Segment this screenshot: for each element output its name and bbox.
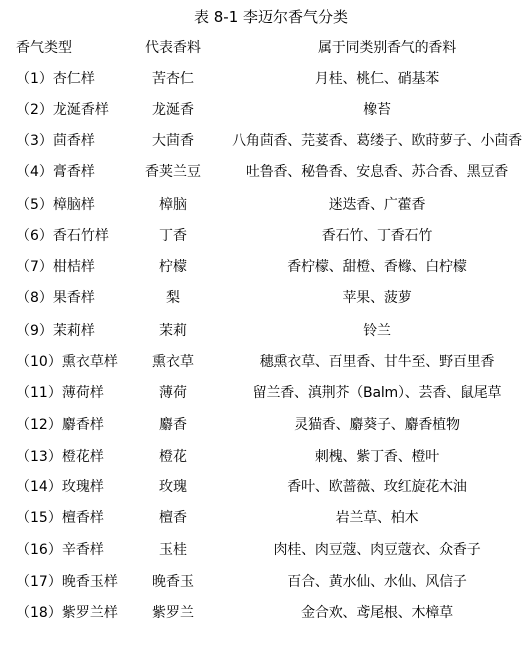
- cell-similar: 百合、黄水仙、水仙、风信子: [222, 572, 532, 592]
- cell-type: （2）龙涎香样: [16, 100, 109, 120]
- cell-type: （17）晚香玉样: [16, 572, 118, 592]
- table-row: （5）樟脑样 樟脑 迷迭香、广藿香: [0, 195, 532, 215]
- cell-type: （10）熏衣草样: [16, 352, 118, 372]
- cell-representative: 梨: [130, 288, 216, 308]
- cell-representative: 薄荷: [130, 383, 216, 403]
- table-row: （4）膏香样 香荚兰豆 吐鲁香、秘鲁香、安息香、苏合香、黑豆香: [0, 162, 532, 182]
- table-title: 表 8-1 李迈尔香气分类: [0, 6, 532, 27]
- cell-type: （11）薄荷样: [16, 383, 104, 403]
- header-representative: 代表香料: [130, 38, 216, 58]
- table-row: （14）玫瑰样 玫瑰 香叶、欧蔷薇、玫红旋花木油: [0, 477, 532, 497]
- table-row: （6）香石竹样 丁香 香石竹、丁香石竹: [0, 226, 532, 246]
- header-similar: 属于同类别香气的香料: [252, 38, 522, 58]
- cell-representative: 柠檬: [130, 257, 216, 277]
- cell-type: （16）辛香样: [16, 540, 104, 560]
- cell-type: （8）果香样: [16, 288, 95, 308]
- cell-representative: 晚香玉: [130, 572, 216, 592]
- table-row: （17）晚香玉样 晚香玉 百合、黄水仙、水仙、风信子: [0, 572, 532, 592]
- cell-representative: 玉桂: [130, 540, 216, 560]
- cell-type: （3）茴香样: [16, 131, 95, 151]
- cell-representative: 麝香: [130, 415, 216, 435]
- cell-type: （9）茉莉样: [16, 321, 95, 341]
- cell-type: （7）柑桔样: [16, 257, 95, 277]
- table-row: （16）辛香样 玉桂 肉桂、肉豆蔻、肉豆蔻衣、众香子: [0, 540, 532, 560]
- table-header: 香气类型 代表香料 属于同类别香气的香料: [0, 38, 532, 58]
- table-row: （3）茴香样 大茴香 八角茴香、芫荽香、葛缕子、欧莳萝子、小茴香: [0, 131, 532, 151]
- cell-similar: 岩兰草、柏木: [222, 508, 532, 528]
- cell-type: （6）香石竹样: [16, 226, 109, 246]
- cell-type: （13）橙花样: [16, 447, 104, 467]
- cell-representative: 檀香: [130, 508, 216, 528]
- cell-similar: 香柠檬、甜橙、香橼、白柠檬: [222, 257, 532, 277]
- cell-similar: 八角茴香、芫荽香、葛缕子、欧莳萝子、小茴香: [222, 131, 532, 151]
- table-row: （10）熏衣草样 熏衣草 穗熏衣草、百里香、甘牛至、野百里香: [0, 352, 532, 372]
- cell-similar: 橡苔: [222, 100, 532, 120]
- cell-representative: 茉莉: [130, 321, 216, 341]
- cell-representative: 玫瑰: [130, 477, 216, 497]
- table-row: （2）龙涎香样 龙涎香 橡苔: [0, 100, 532, 120]
- table-row: （13）橙花样 橙花 刺槐、紫丁香、橙叶: [0, 447, 532, 467]
- cell-type: （5）樟脑样: [16, 195, 95, 215]
- cell-representative: 橙花: [130, 447, 216, 467]
- cell-similar: 肉桂、肉豆蔻、肉豆蔻衣、众香子: [222, 540, 532, 560]
- cell-type: （1）杏仁样: [16, 69, 95, 89]
- cell-representative: 龙涎香: [130, 100, 216, 120]
- table-row: （11）薄荷样 薄荷 留兰香、滇荆芥（Balm）、芸香、鼠尾草: [0, 383, 532, 403]
- cell-type: （18）紫罗兰样: [16, 603, 118, 623]
- cell-representative: 熏衣草: [130, 352, 216, 372]
- table-row: （9）茉莉样 茉莉 铃兰: [0, 321, 532, 341]
- table-row: （15）檀香样 檀香 岩兰草、柏木: [0, 508, 532, 528]
- cell-similar: 留兰香、滇荆芥（Balm）、芸香、鼠尾草: [222, 383, 532, 403]
- cell-similar: 铃兰: [222, 321, 532, 341]
- cell-similar: 香石竹、丁香石竹: [222, 226, 532, 246]
- cell-similar: 吐鲁香、秘鲁香、安息香、苏合香、黑豆香: [222, 162, 532, 182]
- cell-representative: 苦杏仁: [130, 69, 216, 89]
- table-row: （7）柑桔样 柠檬 香柠檬、甜橙、香橼、白柠檬: [0, 257, 532, 277]
- cell-type: （14）玫瑰样: [16, 477, 104, 497]
- cell-similar: 灵猫香、麝葵子、麝香植物: [222, 415, 532, 435]
- cell-similar: 月桂、桃仁、硝基苯: [222, 69, 532, 89]
- cell-representative: 樟脑: [130, 195, 216, 215]
- header-aroma-type: 香气类型: [16, 38, 72, 58]
- cell-representative: 香荚兰豆: [130, 162, 216, 182]
- cell-type: （12）麝香样: [16, 415, 104, 435]
- table-row: （18）紫罗兰样 紫罗兰 金合欢、鸢尾根、木樟草: [0, 603, 532, 623]
- cell-representative: 大茴香: [130, 131, 216, 151]
- cell-similar: 金合欢、鸢尾根、木樟草: [222, 603, 532, 623]
- cell-similar: 香叶、欧蔷薇、玫红旋花木油: [222, 477, 532, 497]
- cell-similar: 苹果、菠萝: [222, 288, 532, 308]
- cell-representative: 丁香: [130, 226, 216, 246]
- table-row: （1）杏仁样 苦杏仁 月桂、桃仁、硝基苯: [0, 69, 532, 89]
- cell-similar: 刺槐、紫丁香、橙叶: [222, 447, 532, 467]
- cell-similar: 穗熏衣草、百里香、甘牛至、野百里香: [222, 352, 532, 372]
- cell-type: （4）膏香样: [16, 162, 95, 182]
- cell-similar: 迷迭香、广藿香: [222, 195, 532, 215]
- cell-representative: 紫罗兰: [130, 603, 216, 623]
- cell-type: （15）檀香样: [16, 508, 104, 528]
- table-row: （8）果香样 梨 苹果、菠萝: [0, 288, 532, 308]
- table-row: （12）麝香样 麝香 灵猫香、麝葵子、麝香植物: [0, 415, 532, 435]
